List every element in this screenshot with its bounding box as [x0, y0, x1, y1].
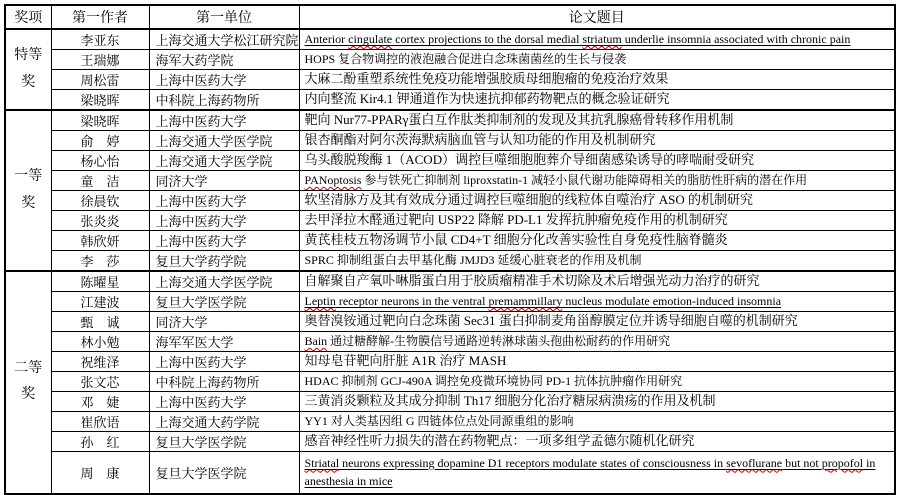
- paper-title-text: 三黄消炎颗粒及其成分抑制 Th17 细胞分化治疗糖尿病溃疡的作用及机制: [305, 393, 716, 408]
- first-author-cell: 俞 婷: [51, 131, 149, 151]
- paper-title-cell: SPRC 抑制组蛋白去甲基化酶 JMJD3 延缓心脏衰老的作用及机制: [299, 251, 895, 272]
- table-row: 江建波复旦大学医学院Leptin receptor neurons in the…: [5, 292, 895, 312]
- first-author-cell: 周 康: [51, 452, 149, 494]
- paper-title-text: SPRC 抑制组蛋白去甲基化酶 JMJD3 延缓心脏衰老的作用及机制: [305, 253, 642, 267]
- first-institution-cell: 中科院上海药物所: [149, 372, 299, 392]
- spellcheck-underline: cingulate: [348, 32, 392, 46]
- table-row: 梁晓晖中科院上海药物所内向整流 Kir4.1 钾通道作为快速抗抑郁药物靶点的概念…: [5, 90, 895, 111]
- first-institution-cell: 上海交通大药学院: [149, 412, 299, 432]
- table-row: 童 洁同济大学PANoptosis 参与铁死亡抑制剂 liproxstatin-…: [5, 171, 895, 191]
- document-page: 奖项 第一作者 第一单位 论文题目 特等奖李亚东上海交通大学松江研究院Anter…: [4, 4, 894, 491]
- paper-title-text: YY1 对人类基因组 G 四链体位点处同源重组的影响: [305, 414, 574, 428]
- first-institution-cell: 上海中医药大学: [149, 211, 299, 231]
- paper-title-text: PANoptosis 参与铁死亡抑制剂 liproxstatin-1 减轻小鼠代…: [305, 173, 808, 187]
- first-institution-cell: 上海交通大学医学院: [149, 131, 299, 151]
- paper-title-cell: 三黄消炎颗粒及其成分抑制 Th17 细胞分化治疗糖尿病溃疡的作用及机制: [299, 392, 895, 412]
- spellcheck-underline: Striatal: [305, 456, 340, 470]
- table-row: 张文芯中科院上海药物所HDAC 抑制剂 GCJ-490A 调控免疫微环境协同 P…: [5, 372, 895, 392]
- first-author-cell: 李亚东: [51, 29, 149, 50]
- paper-title-text: 自解聚自产氧卟啉脂蛋白用于胶质瘤精准手术切除及术后增强光动力治疗的研究: [305, 273, 760, 288]
- table-row: 杨心怡上海交通大学医学院乌头酸脱羧酶 1（ACOD）调控巨噬细胞胞葬介导细菌感染…: [5, 151, 895, 171]
- table-row: 邓 婕上海中医药大学三黄消炎颗粒及其成分抑制 Th17 细胞分化治疗糖尿病溃疡的…: [5, 392, 895, 412]
- spellcheck-underline: propofol: [822, 456, 863, 470]
- table-row: 二等奖陈曜星上海交通大学医学院自解聚自产氧卟啉脂蛋白用于胶质瘤精准手术切除及术后…: [5, 271, 895, 292]
- paper-title-cell: 软坚清脉方及其有效成分通过调控巨噬细胞的线粒体自噬治疗 ASO 的机制研究: [299, 191, 895, 211]
- award-group-label: 二等奖: [5, 271, 51, 494]
- paper-title-cell: 乌头酸脱羧酶 1（ACOD）调控巨噬细胞胞葬介导细菌感染诱导的哮喘耐受研究: [299, 151, 895, 171]
- first-institution-cell: 中科院上海药物所: [149, 90, 299, 111]
- paper-title-text: 奥替溴铵通过靶向白念珠菌 Sec31 蛋白抑制麦角甾醇膜定位并诱导细胞自噬的机制…: [305, 313, 798, 328]
- first-institution-cell: 上海中医药大学: [149, 110, 299, 131]
- first-institution-cell: 复旦大学医学院: [149, 432, 299, 452]
- paper-title-text: Leptin receptor neurons in the ventral p…: [305, 294, 782, 308]
- paper-title-text: HOPS 复合物调控的液泡融合促进白念珠菌菌丝的生长与侵袭: [305, 52, 627, 66]
- col-header-award: 奖项: [5, 5, 51, 29]
- paper-title-cell: 大麻二酚重塑系统性免疫功能增强胶质母细胞瘤的免疫治疗效果: [299, 70, 895, 90]
- table-header: 奖项 第一作者 第一单位 论文题目: [5, 5, 895, 29]
- paper-title-cell: 银杏酮酯对阿尔茨海默病脑血管与认知功能的作用及机制研究: [299, 131, 895, 151]
- award-paper-table: 奖项 第一作者 第一单位 论文题目 特等奖李亚东上海交通大学松江研究院Anter…: [4, 4, 896, 495]
- paper-title-text: HDAC 抑制剂 GCJ-490A 调控免疫微环境协同 PD-1 抗体抗肿瘤作用…: [305, 374, 683, 388]
- paper-title-text: Bain 通过糖酵解-生物膜信号通路逆转淋球菌头孢曲松耐药的作用研究: [305, 334, 671, 348]
- first-author-cell: 陈曜星: [51, 271, 149, 292]
- paper-title-text: 乌头酸脱羧酶 1（ACOD）调控巨噬细胞胞葬介导细菌感染诱导的哮喘耐受研究: [305, 152, 755, 167]
- first-institution-cell: 上海交通大学医学院: [149, 271, 299, 292]
- spellcheck-underline: sevoflurane: [726, 456, 782, 470]
- first-author-cell: 梁晓晖: [51, 90, 149, 111]
- paper-title-cell: 自解聚自产氧卟啉脂蛋白用于胶质瘤精准手术切除及术后增强光动力治疗的研究: [299, 271, 895, 292]
- paper-title-text: 感音神经性听力损失的潜在药物靶点：一项多组学孟德尔随机化研究: [305, 433, 695, 448]
- award-group-label: 特等奖: [5, 29, 51, 110]
- paper-title-cell: 内向整流 Kir4.1 钾通道作为快速抗抑郁药物靶点的概念验证研究: [299, 90, 895, 111]
- table-row: 张炎炎上海中医药大学去甲泽拉木醛通过靶向 USP22 降解 PD-L1 发挥抗肿…: [5, 211, 895, 231]
- first-institution-cell: 同济大学: [149, 171, 299, 191]
- table-row: 祝维泽上海中医药大学知母皂苷靶向肝脏 A1R 治疗 MASH: [5, 352, 895, 372]
- first-institution-cell: 上海中医药大学: [149, 70, 299, 90]
- paper-title-cell: 知母皂苷靶向肝脏 A1R 治疗 MASH: [299, 352, 895, 372]
- first-author-cell: 邓 婕: [51, 392, 149, 412]
- table-row: 孙 红复旦大学医学院感音神经性听力损失的潜在药物靶点：一项多组学孟德尔随机化研究: [5, 432, 895, 452]
- first-author-cell: 徐晨钦: [51, 191, 149, 211]
- table-row: 甄 诚同济大学奥替溴铵通过靶向白念珠菌 Sec31 蛋白抑制麦角甾醇膜定位并诱导…: [5, 312, 895, 332]
- first-institution-cell: 同济大学: [149, 312, 299, 332]
- paper-title-text: 去甲泽拉木醛通过靶向 USP22 降解 PD-L1 发挥抗肿瘤免疫作用的机制研究: [305, 212, 728, 227]
- paper-title-text: Anterior cingulate cortex projections to…: [305, 32, 851, 46]
- first-author-cell: 甄 诚: [51, 312, 149, 332]
- first-author-cell: 李 莎: [51, 251, 149, 272]
- first-author-cell: 周松雷: [51, 70, 149, 90]
- first-author-cell: 韩欣妍: [51, 231, 149, 251]
- paper-title-cell: 黄芪桂枝五物汤调节小鼠 CD4+T 细胞分化改善实验性自身免疫性脑脊髓炎: [299, 231, 895, 251]
- first-author-cell: 王瑞娜: [51, 50, 149, 70]
- first-institution-cell: 上海中医药大学: [149, 191, 299, 211]
- first-institution-cell: 复旦大学医学院: [149, 452, 299, 494]
- first-author-cell: 梁晓晖: [51, 110, 149, 131]
- spellcheck-underline: Leptin: [305, 294, 336, 308]
- spellcheck-underline: PANoptosis: [305, 173, 362, 187]
- paper-title-text: 靶向 Nur77-PPARγ蛋白互作肽类抑制剂的发现及其抗乳腺癌骨转移作用机制: [305, 112, 734, 127]
- spellcheck-underline: striatum: [582, 32, 621, 46]
- first-institution-cell: 上海交通大学松江研究院: [149, 29, 299, 50]
- paper-title-cell: YY1 对人类基因组 G 四链体位点处同源重组的影响: [299, 412, 895, 432]
- paper-title-text: 内向整流 Kir4.1 钾通道作为快速抗抑郁药物靶点的概念验证研究: [305, 91, 670, 106]
- paper-title-text: 银杏酮酯对阿尔茨海默病脑血管与认知功能的作用及机制研究: [305, 132, 656, 147]
- paper-title-cell: Leptin receptor neurons in the ventral p…: [299, 292, 895, 312]
- table-row: 一等奖梁晓晖上海中医药大学靶向 Nur77-PPARγ蛋白互作肽类抑制剂的发现及…: [5, 110, 895, 131]
- first-author-cell: 张文芯: [51, 372, 149, 392]
- table-row: 韩欣妍上海中医药大学黄芪桂枝五物汤调节小鼠 CD4+T 细胞分化改善实验性自身免…: [5, 231, 895, 251]
- first-institution-cell: 海军军医大学: [149, 332, 299, 352]
- header-row: 奖项 第一作者 第一单位 论文题目: [5, 5, 895, 29]
- col-header-first-author: 第一作者: [51, 5, 149, 29]
- paper-title-cell: PANoptosis 参与铁死亡抑制剂 liproxstatin-1 减轻小鼠代…: [299, 171, 895, 191]
- first-institution-cell: 上海交通大学医学院: [149, 151, 299, 171]
- table-row: 李 莎复旦大学药学院SPRC 抑制组蛋白去甲基化酶 JMJD3 延缓心脏衰老的作…: [5, 251, 895, 272]
- table-row: 特等奖李亚东上海交通大学松江研究院Anterior cingulate cort…: [5, 29, 895, 50]
- first-author-cell: 童 洁: [51, 171, 149, 191]
- table-row: 林小勉海军军医大学Bain 通过糖酵解-生物膜信号通路逆转淋球菌头孢曲松耐药的作…: [5, 332, 895, 352]
- first-author-cell: 祝维泽: [51, 352, 149, 372]
- first-author-cell: 孙 红: [51, 432, 149, 452]
- first-author-cell: 林小勉: [51, 332, 149, 352]
- table-row: 崔欣语上海交通大药学院YY1 对人类基因组 G 四链体位点处同源重组的影响: [5, 412, 895, 432]
- first-author-cell: 张炎炎: [51, 211, 149, 231]
- spellcheck-underline: premammillary: [488, 294, 562, 308]
- paper-title-text: 黄芪桂枝五物汤调节小鼠 CD4+T 细胞分化改善实验性自身免疫性脑脊髓炎: [305, 232, 728, 247]
- award-group-label: 一等奖: [5, 110, 51, 271]
- paper-title-text: 大麻二酚重塑系统性免疫功能增强胶质母细胞瘤的免疫治疗效果: [305, 71, 669, 86]
- table-row: 徐晨钦上海中医药大学软坚清脉方及其有效成分通过调控巨噬细胞的线粒体自噬治疗 AS…: [5, 191, 895, 211]
- paper-title-cell: 奥替溴铵通过靶向白念珠菌 Sec31 蛋白抑制麦角甾醇膜定位并诱导细胞自噬的机制…: [299, 312, 895, 332]
- paper-title-cell: Anterior cingulate cortex projections to…: [299, 29, 895, 50]
- first-author-cell: 崔欣语: [51, 412, 149, 432]
- paper-title-text: Striatal neurons expressing dopamine D1 …: [305, 456, 876, 489]
- first-institution-cell: 上海中医药大学: [149, 231, 299, 251]
- paper-title-cell: Bain 通过糖酵解-生物膜信号通路逆转淋球菌头孢曲松耐药的作用研究: [299, 332, 895, 352]
- first-author-cell: 江建波: [51, 292, 149, 312]
- first-institution-cell: 复旦大学药学院: [149, 251, 299, 272]
- first-institution-cell: 上海中医药大学: [149, 392, 299, 412]
- spellcheck-underline: Bain: [305, 334, 328, 348]
- table-row: 俞 婷上海交通大学医学院银杏酮酯对阿尔茨海默病脑血管与认知功能的作用及机制研究: [5, 131, 895, 151]
- col-header-paper-title: 论文题目: [299, 5, 895, 29]
- first-institution-cell: 复旦大学医学院: [149, 292, 299, 312]
- paper-title-cell: 靶向 Nur77-PPARγ蛋白互作肽类抑制剂的发现及其抗乳腺癌骨转移作用机制: [299, 110, 895, 131]
- first-institution-cell: 上海中医药大学: [149, 352, 299, 372]
- col-header-first-institution: 第一单位: [149, 5, 299, 29]
- paper-title-cell: 感音神经性听力损失的潜在药物靶点：一项多组学孟德尔随机化研究: [299, 432, 895, 452]
- table-row: 周 康复旦大学医学院Striatal neurons expressing do…: [5, 452, 895, 494]
- paper-title-cell: HOPS 复合物调控的液泡融合促进白念珠菌菌丝的生长与侵袭: [299, 50, 895, 70]
- paper-title-text: 知母皂苷靶向肝脏 A1R 治疗 MASH: [305, 353, 507, 368]
- paper-title-text: 软坚清脉方及其有效成分通过调控巨噬细胞的线粒体自噬治疗 ASO 的机制研究: [305, 192, 754, 207]
- table-row: 周松雷上海中医药大学大麻二酚重塑系统性免疫功能增强胶质母细胞瘤的免疫治疗效果: [5, 70, 895, 90]
- paper-title-cell: Striatal neurons expressing dopamine D1 …: [299, 452, 895, 494]
- first-author-cell: 杨心怡: [51, 151, 149, 171]
- first-institution-cell: 海军大药学院: [149, 50, 299, 70]
- table-body: 特等奖李亚东上海交通大学松江研究院Anterior cingulate cort…: [5, 29, 895, 494]
- paper-title-cell: HDAC 抑制剂 GCJ-490A 调控免疫微环境协同 PD-1 抗体抗肿瘤作用…: [299, 372, 895, 392]
- table-row: 王瑞娜海军大药学院HOPS 复合物调控的液泡融合促进白念珠菌菌丝的生长与侵袭: [5, 50, 895, 70]
- paper-title-cell: 去甲泽拉木醛通过靶向 USP22 降解 PD-L1 发挥抗肿瘤免疫作用的机制研究: [299, 211, 895, 231]
